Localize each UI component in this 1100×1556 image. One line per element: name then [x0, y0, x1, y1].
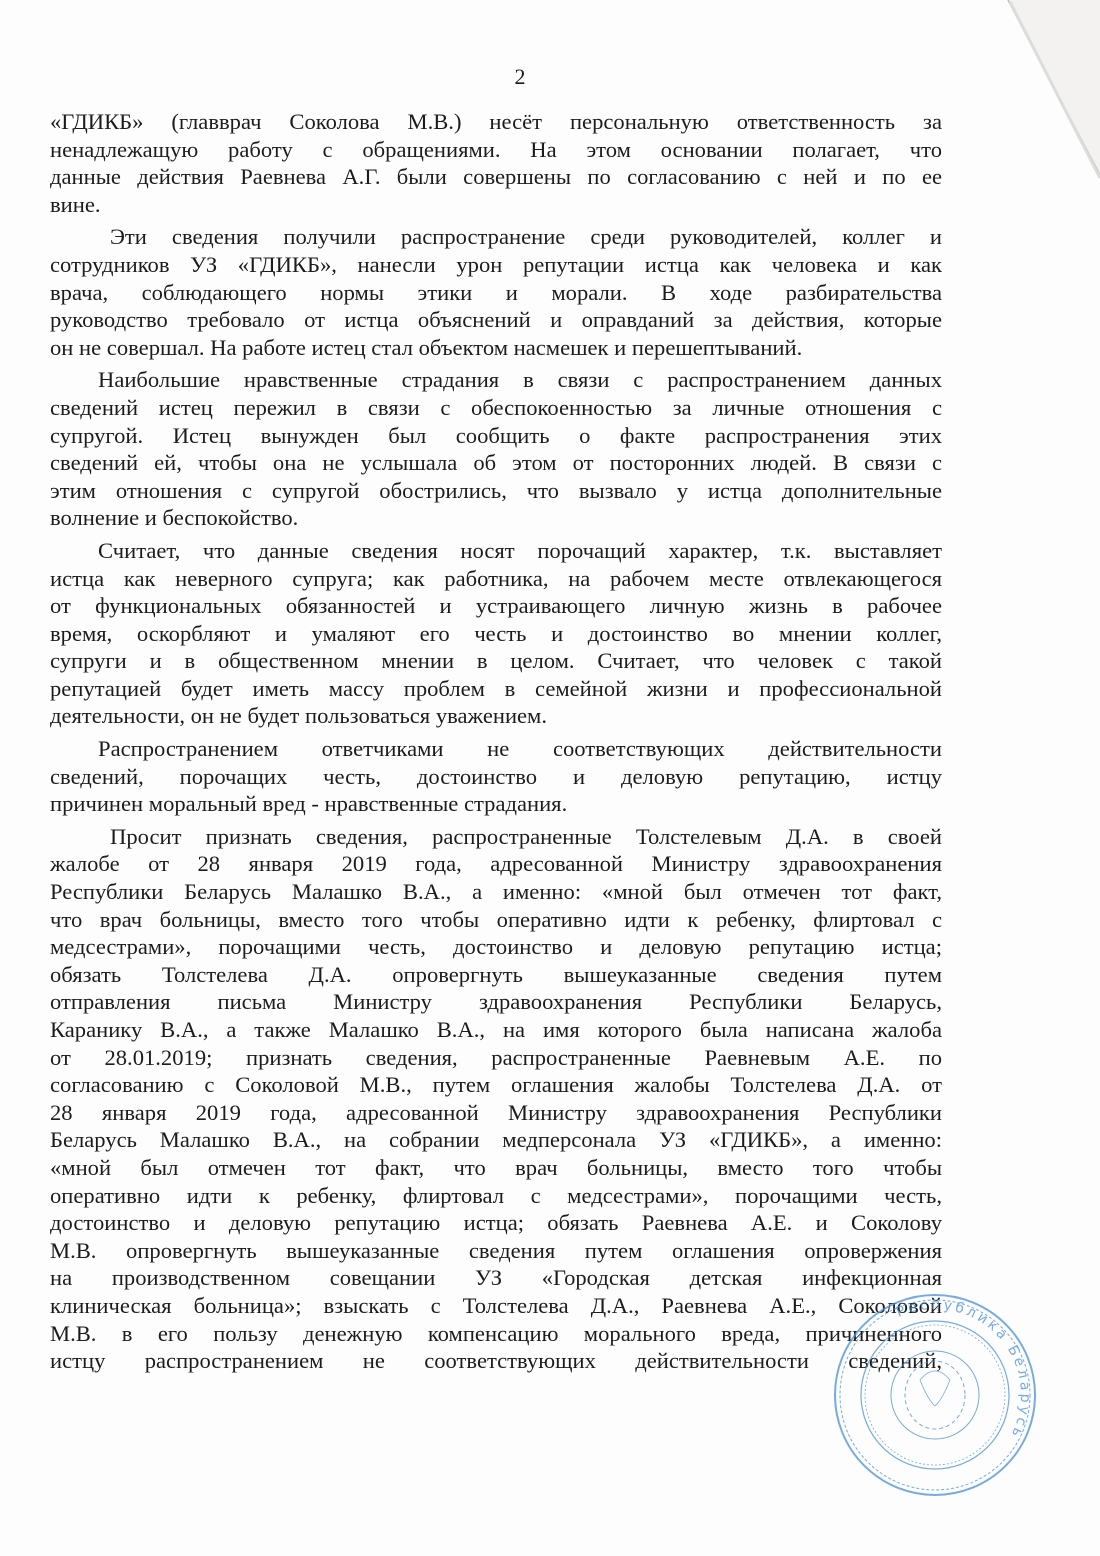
- paragraph: Распространением ответчиками не соответс…: [50, 735, 942, 818]
- text-line: согласованию с Соколовой М.В., путем огл…: [50, 1071, 942, 1099]
- text-line: «ГДИКБ» (главврач Соколова М.В.) несёт п…: [50, 108, 942, 136]
- text-line: руководство требовало от истца объяснени…: [50, 306, 942, 334]
- text-line: сотрудников УЗ «ГДИКБ», нанесли урон реп…: [50, 251, 942, 279]
- text-line: вине.: [50, 191, 942, 219]
- text-line: супруги и в общественном мнении в целом.…: [50, 647, 942, 675]
- text-line: медсестрами», порочащими честь, достоинс…: [50, 933, 942, 961]
- text-line: на производственном совещании УЗ «Городс…: [50, 1264, 942, 1292]
- text-line: Считает, что данные сведения носят пороч…: [50, 537, 942, 565]
- text-line: Распространением ответчиками не соответс…: [50, 735, 942, 763]
- paragraph: Просит признать сведения, распространенн…: [50, 823, 942, 1375]
- text-line: данные действия Раевнева А.Г. были совер…: [50, 163, 942, 191]
- text-line: истцу распространением не соответствующи…: [50, 1347, 942, 1375]
- text-line: «мной был отмечен тот факт, что врач бол…: [50, 1154, 942, 1182]
- text-line: сведений, порочащих честь, достоинство и…: [50, 763, 942, 791]
- text-line: что врач больницы, вместо того чтобы опе…: [50, 906, 942, 934]
- text-line: М.В. опровергнуть вышеуказанные сведения…: [50, 1237, 942, 1265]
- text-line: отправления письма Министру здравоохране…: [50, 988, 942, 1016]
- text-line: причинен моральный вред - нравственные с…: [50, 790, 942, 818]
- text-line: истца как неверного супруга; как работни…: [50, 565, 942, 593]
- text-line: сведений ей, чтобы она не услышала об эт…: [50, 449, 942, 477]
- text-line: волнение и беспокойство.: [50, 504, 942, 532]
- text-line: сведений истец пережил в связи с обеспок…: [50, 394, 942, 422]
- text-line: Эти сведения получили распространение ср…: [50, 223, 942, 251]
- page-number: 2: [0, 64, 1040, 90]
- text-line: врача, соблюдающего нормы этики и морали…: [50, 279, 942, 307]
- text-line: от функциональных обязанностей и устраив…: [50, 592, 942, 620]
- document-page: 2 «ГДИКБ» (главврач Соколова М.В.) несёт…: [0, 0, 1100, 1556]
- text-line: жалобе от 28 января 2019 года, адресован…: [50, 850, 942, 878]
- text-line: Республики Беларусь Малашко В.А., а имен…: [50, 878, 942, 906]
- paragraph: Наибольшие нравственные страдания в связ…: [50, 366, 942, 532]
- paragraph: Эти сведения получили распространение ср…: [50, 223, 942, 361]
- text-line: Наибольшие нравственные страдания в связ…: [50, 366, 942, 394]
- text-line: Просит признать сведения, распространенн…: [50, 823, 942, 851]
- text-line: клиническая больница»; взыскать с Толсте…: [50, 1292, 942, 1320]
- paragraph: Считает, что данные сведения носят пороч…: [50, 537, 942, 730]
- text-line: время, оскорбляют и умаляют его честь и …: [50, 620, 942, 648]
- text-line: репутацией будет иметь массу проблем в с…: [50, 675, 942, 703]
- text-line: он не совершал. На работе истец стал объ…: [50, 334, 942, 362]
- text-line: Каранику В.А., а также Малашко В.А., на …: [50, 1016, 942, 1044]
- document-body: «ГДИКБ» (главврач Соколова М.В.) несёт п…: [50, 108, 942, 1375]
- text-line: достоинство и деловую репутацию истца; о…: [50, 1209, 942, 1237]
- text-line: деятельности, он не будет пользоваться у…: [50, 702, 942, 730]
- text-line: обязать Толстелева Д.А. опровергнуть выш…: [50, 961, 942, 989]
- text-line: 28 января 2019 года, адресованной Минист…: [50, 1099, 942, 1127]
- text-line: супругой. Истец вынужден был сообщить о …: [50, 422, 942, 450]
- paragraph: «ГДИКБ» (главврач Соколова М.В.) несёт п…: [50, 108, 942, 218]
- text-line: оперативно идти к ребенку, флиртовал с м…: [50, 1182, 942, 1210]
- text-line: ненадлежащую работу с обращениями. На эт…: [50, 136, 942, 164]
- text-line: Беларусь Малашко В.А., на собрании медпе…: [50, 1126, 942, 1154]
- text-line: от 28.01.2019; признать сведения, распро…: [50, 1044, 942, 1072]
- text-line: этим отношения с супругой обострились, ч…: [50, 477, 942, 505]
- text-line: М.В. в его пользу денежную компенсацию м…: [50, 1320, 942, 1348]
